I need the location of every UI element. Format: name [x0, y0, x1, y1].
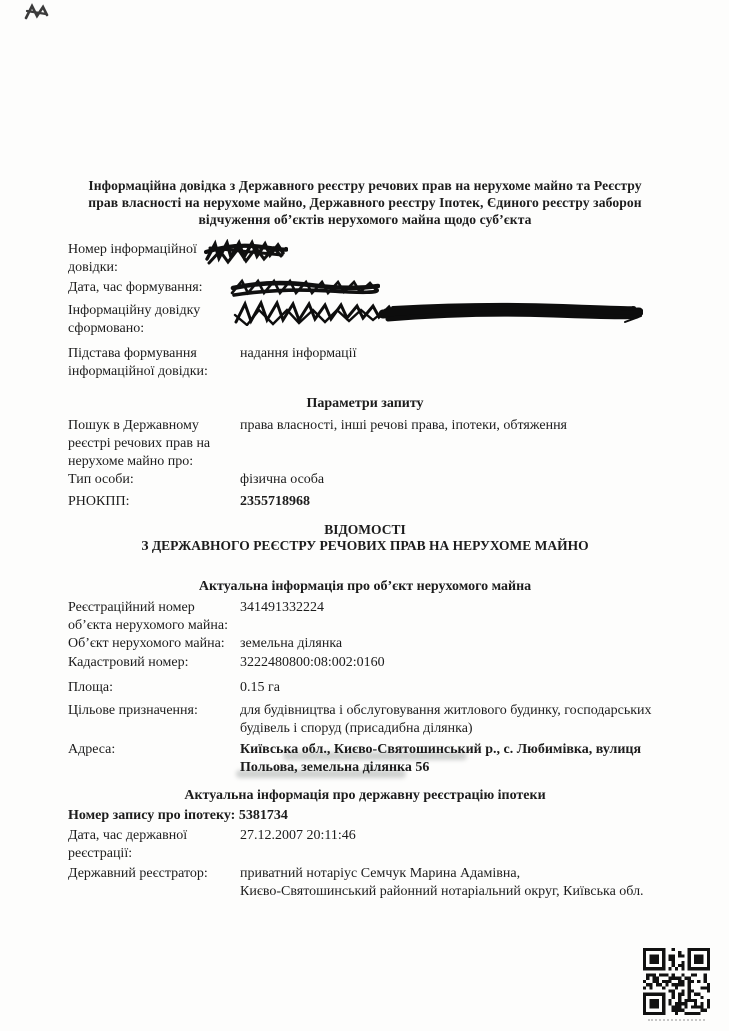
qr-code — [643, 948, 710, 1015]
field-label: Дата, час формування: — [68, 279, 240, 297]
mortgage-record-label: Номер запису про іпотеку: — [68, 808, 235, 823]
field-search-scope: Пошук в Державному реєстрі речових прав … — [68, 417, 662, 471]
field-object-type: Об’єкт нерухомого майна: земельна ділянк… — [68, 635, 662, 653]
document-page: Інформаційна довідка з Державного реєстр… — [0, 0, 729, 1031]
field-value: 3222480800:08:002:0160 — [240, 654, 662, 672]
field-area: Площа: 0.15 га — [68, 679, 662, 697]
field-value: права власності, інші речові права, іпот… — [240, 417, 662, 435]
field-value: 2355718968 — [240, 493, 662, 511]
field-label: Площа: — [68, 679, 240, 697]
object-info-heading: Актуальна інформація про об’єкт нерухомо… — [68, 578, 662, 596]
document-title: Інформаційна довідка з Державного реєстр… — [68, 177, 662, 228]
field-cadastre-number: Кадастровий номер: 3222480800:08:002:016… — [68, 654, 662, 672]
mortgage-record-number: 5381734 — [239, 808, 288, 823]
title-line-2: прав власності на нерухоме майно, Держав… — [68, 194, 662, 211]
qr-caption-dots — [648, 1019, 705, 1021]
field-label: Реєстраційний номер об’єкта нерухомого м… — [68, 599, 240, 635]
redaction-scribble-long — [233, 298, 643, 326]
field-value: 341491332224 — [240, 599, 662, 617]
field-value: земельна ділянка — [240, 635, 662, 653]
field-formed-by: Інформаційну довідку сформовано: — [68, 302, 662, 338]
field-label: Підстава формування інформаційної довідк… — [68, 345, 240, 381]
field-label: Інформаційну довідку сформовано: — [68, 302, 240, 338]
registrar-line-2: Києво-Святошинський районний нотаріальни… — [240, 883, 662, 901]
register-heading-line2: З ДЕРЖАВНОГО РЕЄСТРУ РЕЧОВИХ ПРАВ НА НЕР… — [68, 538, 662, 554]
field-label: Кадастровий номер: — [68, 654, 240, 672]
field-value: 27.12.2007 20:11:46 — [240, 827, 662, 845]
field-label: Тип особи: — [68, 471, 240, 489]
field-formed-datetime: Дата, час формування: — [68, 279, 662, 298]
field-purpose: Цільове призначення: для будівництва і о… — [68, 702, 662, 738]
mortgage-record-line: Номер запису про іпотеку: 5381734 — [68, 807, 662, 825]
field-address: Адреса: Київська обл., Києво-Святошинськ… — [68, 741, 662, 777]
address-line-2: Польова, земельна ділянка 56 — [240, 759, 662, 777]
register-heading-line1: ВІДОМОСТІ — [68, 522, 662, 538]
registrar-value: приватний нотаріус Семчук Марина Адамівн… — [240, 865, 662, 901]
corner-pen-mark — [24, 3, 50, 21]
register-heading: ВІДОМОСТІ З ДЕРЖАВНОГО РЕЄСТРУ РЕЧОВИХ П… — [68, 522, 662, 554]
registrar-line-1: приватний нотаріус Семчук Марина Адамівн… — [240, 865, 662, 883]
redaction-scribble — [204, 239, 288, 265]
address-value: Київська обл., Києво-Святошинський р., с… — [240, 741, 662, 777]
field-label: Державний реєстратор: — [68, 865, 240, 883]
field-label: Об’єкт нерухомого майна: — [68, 635, 240, 653]
field-label: РНОКПП: — [68, 493, 240, 511]
field-value: для будівництва і обслуговування житлово… — [240, 702, 662, 738]
field-value: надання інформації — [240, 345, 662, 363]
field-label: Адреса: — [68, 741, 240, 759]
field-rnokpp: РНОКПП: 2355718968 — [68, 493, 662, 511]
field-basis: Підстава формування інформаційної довідк… — [68, 345, 662, 381]
field-person-type: Тип особи: фізична особа — [68, 471, 662, 489]
field-value: 0.15 га — [240, 679, 662, 697]
field-value: фізична особа — [240, 471, 662, 489]
title-line-3: відчуження об’єктів нерухомого майна щод… — [68, 211, 662, 228]
mortgage-heading: Актуальна інформація про державну реєстр… — [68, 787, 662, 805]
title-line-1: Інформаційна довідка з Державного реєстр… — [68, 177, 662, 194]
field-ref-number: Номер інформаційної довідки: — [68, 241, 662, 277]
field-label: Дата, час державної реєстрації: — [68, 827, 240, 863]
field-label: Пошук в Державному реєстрі речових прав … — [68, 417, 240, 471]
redaction-scribble — [230, 278, 380, 298]
field-registrar: Державний реєстратор: приватний нотаріус… — [68, 865, 662, 901]
field-label: Цільове призначення: — [68, 702, 240, 720]
field-reg-number: Реєстраційний номер об’єкта нерухомого м… — [68, 599, 662, 635]
field-mortgage-date: Дата, час державної реєстрації: 27.12.20… — [68, 827, 662, 863]
query-params-heading: Параметри запиту — [68, 395, 662, 413]
address-line-1: Київська обл., Києво-Святошинський р., с… — [240, 741, 662, 759]
